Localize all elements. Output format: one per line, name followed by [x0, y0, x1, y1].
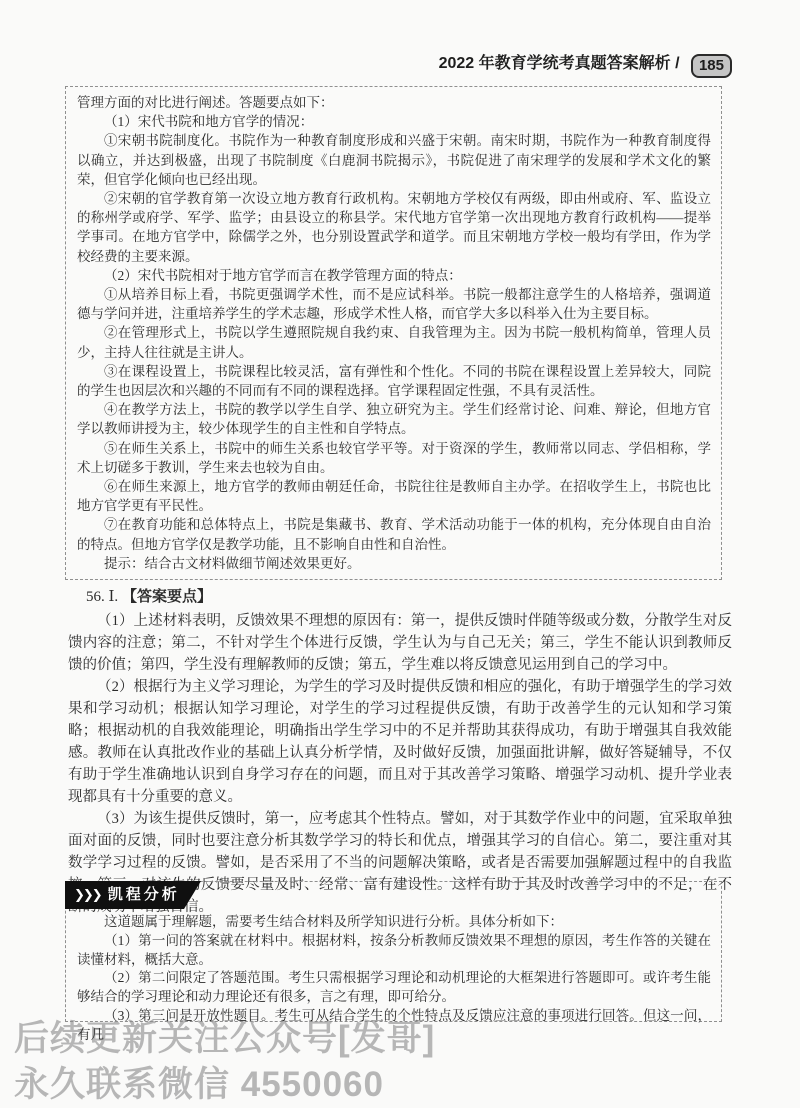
page-header: 2022 年教育学统考真题答案解析 / 185 [439, 50, 732, 78]
book-page: 2022 年教育学统考真题答案解析 / 185 管理方面的对比进行阐述。答题要点… [0, 0, 800, 1108]
paragraph: ③在课程设置上，书院课程比较灵活，富有弹性和个性化。不同的书院在课程设置上差异较… [77, 362, 711, 400]
paragraph: 管理方面的对比进行阐述。答题要点如下： [77, 93, 711, 112]
paragraph: ②宋朝的官学教育第一次设立地方教育行政机构。宋朝地方学校仅有两级，即由州或府、军… [77, 189, 711, 266]
running-head-title: 2022 年教育学统考真题答案解析 / [439, 55, 680, 72]
watermark-line2: 永久联系微信 4550060 [14, 1062, 435, 1108]
paragraph: ①宋朝书院制度化。书院作为一种教育制度形成和兴盛于宋朝。南宋时期，书院作为一种教… [77, 131, 711, 189]
analysis-banner-label: 凯程分析 [108, 886, 180, 905]
answer-section-56: 56. Ⅰ. 【答案要点】 （1）上述材料表明，反馈效果不理想的原因有：第一，提… [68, 586, 732, 918]
paragraph: ⑥在师生来源上，地方官学的教师由朝廷任命，书院往往是教师自主办学。在招收学生上，… [77, 477, 711, 515]
paragraph: （3）第三问是开放性题目。考生可从结合学生的个性特点及反馈应注意的事项进行回答。… [77, 1007, 711, 1045]
hint-paragraph: 提示：结合古文材料做细节阐述效果更好。 [77, 554, 711, 573]
analysis-box: ❯❯❯ 凯程分析 这道题属于理解题，需要考生结合材料及所学知识进行分析。具体分析… [65, 881, 722, 1022]
paragraph: ①从培养目标上看，书院更强调学术性，而不是应试科举。书院一般都注意学生的人格培养… [77, 285, 711, 323]
paragraph: （1）宋代书院和地方官学的情况： [77, 112, 711, 131]
paragraph: ⑤在师生关系上，书院中的师生关系也较官学平等。对于资深的学生，教师常以同志、学侣… [77, 439, 711, 477]
page-number-badge: 185 [691, 54, 732, 78]
question-number: 56. Ⅰ. [86, 589, 118, 605]
paragraph: （1）上述材料表明，反馈效果不理想的原因有：第一，提供反馈时伴随等级或分数，分散… [68, 610, 732, 676]
triple-chevron-icon: ❯❯❯ [74, 886, 101, 905]
paragraph: （2）宋代书院相对于地方官学而言在教学管理方面的特点： [77, 266, 711, 285]
paragraph: 这道题属于理解题，需要考生结合材料及所学知识进行分析。具体分析如下： [77, 913, 711, 932]
paragraph: （2）根据行为主义学习理论，为学生的学习及时提供反馈和相应的强化，有助于增强学生… [68, 676, 732, 808]
analysis-banner: ❯❯❯ 凯程分析 [65, 881, 201, 909]
paragraph: ⑦在教育功能和总体特点上，书院是集藏书、教育、学术活动功能于一体的机构，充分体现… [77, 515, 711, 553]
section-heading: 56. Ⅰ. 【答案要点】 [68, 586, 732, 608]
paragraph: （1）第一问的答案就在材料中。根据材料，按条分析教师反馈效果不理想的原因，考生作… [77, 932, 711, 970]
paragraph: ④在教学方法上，书院的教学以学生自学、独立研究为主。学生们经常讨论、问难、辩论，… [77, 400, 711, 438]
answer-box-55: 管理方面的对比进行阐述。答题要点如下： （1）宋代书院和地方官学的情况： ①宋朝… [65, 86, 722, 580]
paragraph: ②在管理形式上，书院以学生遵照院规自我约束、自我管理为主。因为书院一般机构简单，… [77, 323, 711, 361]
answer-key-label: 【答案要点】 [122, 588, 212, 605]
paragraph: （2）第二问限定了答题范围。考生只需根据学习理论和动机理论的大框架进行答题即可。… [77, 969, 711, 1007]
